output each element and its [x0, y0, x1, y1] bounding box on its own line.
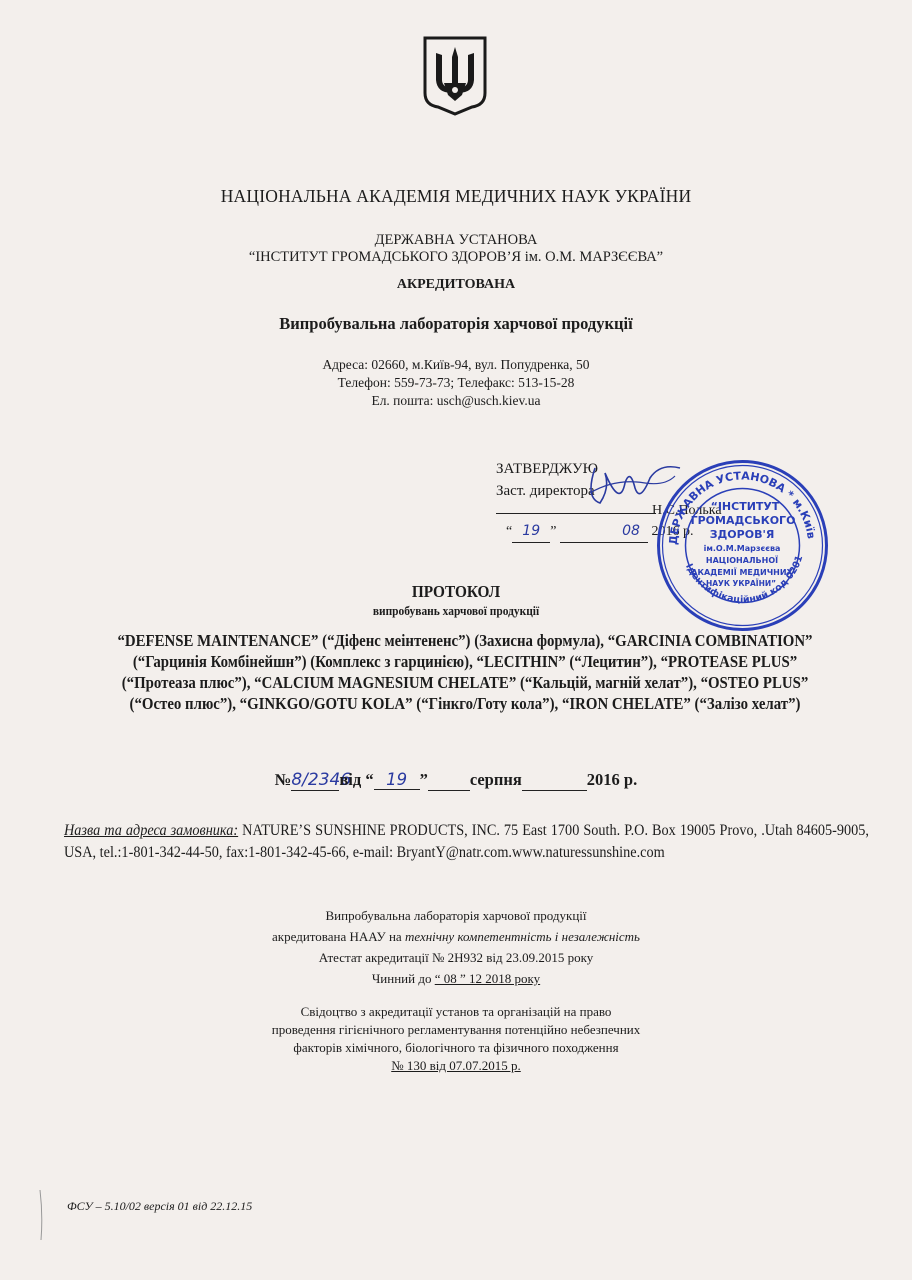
academy-name: НАЦІОНАЛЬНА АКАДЕМІЯ МЕДИЧНИХ НАУК УКРАЇ… — [0, 186, 912, 207]
product-list: “DEFENSE MAINTENANCE” (“Діфенс меінтенен… — [110, 630, 821, 714]
client-block: Назва та адреса замовника: NATURE’S SUNS… — [64, 820, 869, 864]
certificate-block: Свідоцтво з акредитації установ та орган… — [0, 1003, 912, 1075]
accredited-label: АКРЕДИТОВАНА — [0, 277, 912, 293]
svg-text:ім.О.М.Марзєєва: ім.О.М.Марзєєва — [704, 543, 781, 553]
svg-text:АКАДЕМІЇ МЕДИЧНИХ: АКАДЕМІЇ МЕДИЧНИХ — [691, 567, 793, 577]
svg-text:“ІНСТИТУТ: “ІНСТИТУТ — [711, 500, 780, 513]
protocol-number-line: №8/2346від “19” серпня 2016 р. — [0, 770, 912, 791]
protocol-day: 19 — [374, 770, 420, 790]
institution-block: ДЕРЖАВНА УСТАНОВА “ІНСТИТУТ ГРОМАДСЬКОГО… — [0, 232, 912, 266]
institution-name: “ІНСТИТУТ ГРОМАДСЬКОГО ЗДОРОВ’Я ім. О.М.… — [0, 249, 912, 266]
email: Ел. пошта: usch@usch.kiev.ua — [0, 392, 912, 410]
svg-text:ЗДОРОВ'Я: ЗДОРОВ'Я — [710, 528, 775, 541]
svg-text:НАЦІОНАЛЬНОЇ: НАЦІОНАЛЬНОЇ — [706, 555, 778, 565]
form-code: ФСУ – 5.10/02 версія 01 від 22.12.15 — [67, 1199, 252, 1214]
client-label: Назва та адреса замовника: — [64, 822, 238, 839]
address: Адреса: 02660, м.Київ-94, вул. Попудренк… — [0, 356, 912, 374]
approval-day: 19 — [512, 520, 550, 543]
svg-text:ГРОМАДСЬКОГО: ГРОМАДСЬКОГО — [691, 514, 796, 527]
valid-until: “ 08 ” 12 2018 року — [435, 971, 540, 986]
protocol-month: серпня — [470, 770, 522, 789]
accreditation-certificate: Атестат акредитації № 2Н932 від 23.09.20… — [0, 947, 912, 968]
protocol-year: 2016 р. — [587, 770, 637, 789]
contact-block: Адреса: 02660, м.Київ-94, вул. Попудренк… — [0, 356, 912, 410]
protocol-subtitle: випробувань харчової продукції — [55, 603, 858, 619]
protocol-title: ПРОТОКОЛ — [46, 582, 867, 602]
ukraine-trident-icon — [422, 35, 488, 117]
certificate-number: № 130 від 07.07.2015 р. — [0, 1057, 912, 1075]
protocol-number: 8/2346 — [291, 770, 339, 791]
margin-mark — [38, 1190, 44, 1240]
document-page: НАЦІОНАЛЬНА АКАДЕМІЯ МЕДИЧНИХ НАУК УКРАЇ… — [0, 0, 912, 1280]
laboratory-name: Випробувальна лабораторія харчової проду… — [0, 314, 912, 334]
phone: Телефон: 559-73-73; Телефакс: 513-15-28 — [0, 374, 912, 392]
institution-type: ДЕРЖАВНА УСТАНОВА — [0, 232, 912, 249]
accreditation-block: Випробувальна лабораторія харчової проду… — [0, 905, 912, 989]
